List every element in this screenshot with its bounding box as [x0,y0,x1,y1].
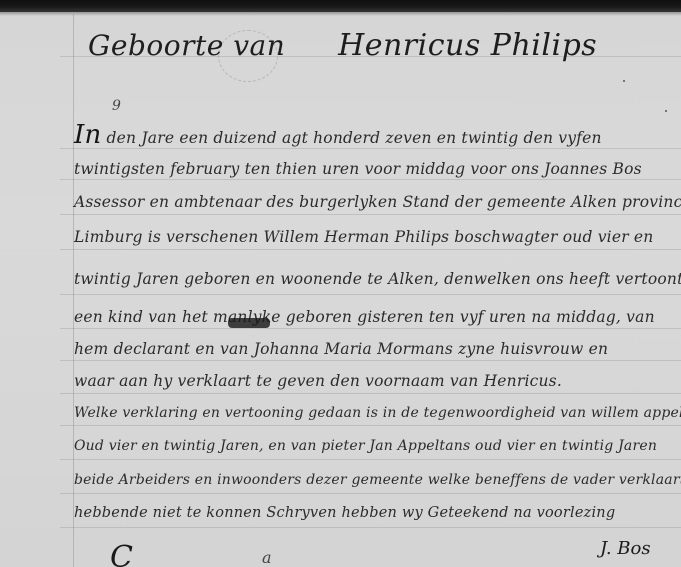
document-scan: Geboorte van Henricus Philips 9 In den J… [0,0,681,567]
ruled-line [60,214,681,215]
ink-blot [228,318,270,328]
record-line-10: Oud vier en twintig Jaren, en van pieter… [74,438,657,454]
record-line-9: Welke verklaring en vertooning gedaan is… [74,405,681,421]
record-line-11: beide Arbeiders en inwoonders dezer geme… [74,472,681,488]
paper-speck [623,80,625,82]
record-line-6: een kind van het manlyke geboren gistere… [74,308,655,326]
heading-prefix: Geboorte [88,29,224,62]
page-edge-shadow [0,10,681,16]
ruled-line [60,249,681,250]
record-line-5: twintig Jaren geboren en woonende te Alk… [74,270,681,288]
record-line-8: waar aan hy verklaart te geven den voorn… [74,372,562,390]
ruled-line [60,360,681,361]
signature-right: J. Bos [600,538,651,559]
record-line-7: hem declarant en van Johanna Maria Morma… [74,340,608,358]
initial-word: In [74,120,101,150]
signature-left: C [110,540,133,567]
ruled-line [60,459,681,460]
ruled-line [60,328,681,329]
paper-speck [665,110,667,112]
ruled-line [60,294,681,295]
record-line-3: Assessor en ambtenaar des burgerlyken St… [74,193,681,211]
ruled-line [60,527,681,528]
ruled-line [60,393,681,394]
ruled-line [60,425,681,426]
heading-van: van [233,29,285,62]
record-line-4: Limburg is verschenen Willem Herman Phil… [74,228,654,246]
ruled-line [60,179,681,180]
signature-middle: a [262,548,272,567]
heading-name: Henricus Philips [338,28,597,63]
record-line-2: twintigsten february ten thien uren voor… [74,160,642,178]
record-line-12: hebbende niet te konnen Schryven hebben … [74,505,615,521]
ruled-line [60,493,681,494]
record-heading: Geboorte van Henricus Philips [88,28,597,63]
record-line-1: In den Jare een duizend agt honderd zeve… [74,120,602,150]
entry-marker: 9 [112,98,121,114]
